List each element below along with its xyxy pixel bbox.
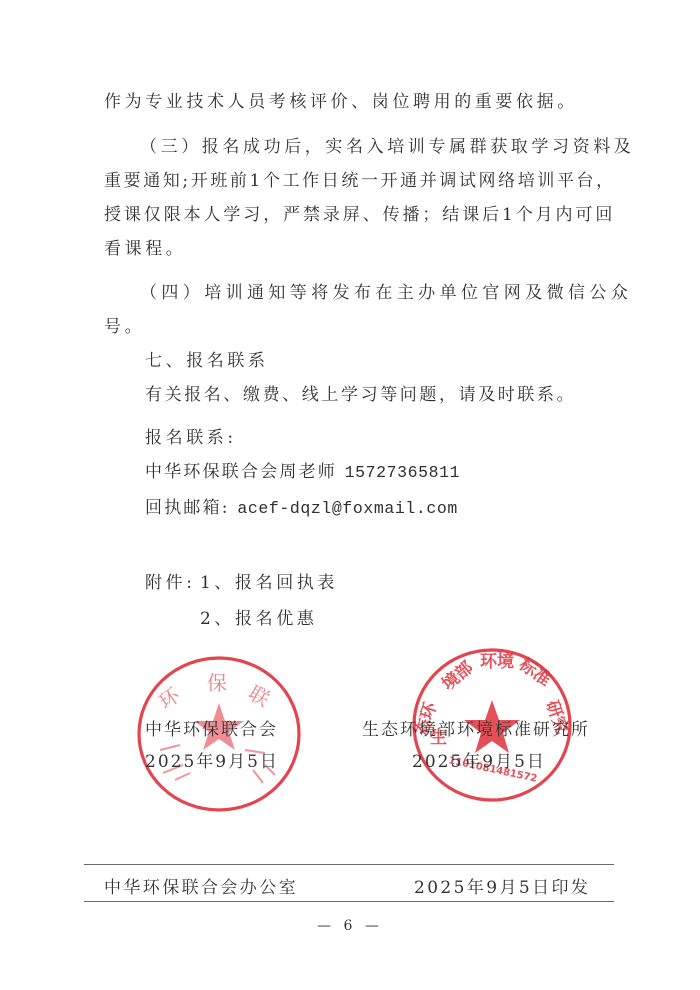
svg-text:保: 保 xyxy=(207,671,227,695)
paragraph-line: 重要通知;开班前1个工作日统一开通并调试网络培训平台， xyxy=(104,169,616,193)
footer-issuer: 中华环保联合会办公室 xyxy=(104,873,298,898)
svg-text:环: 环 xyxy=(154,682,185,714)
svg-text:境部: 境部 xyxy=(438,657,478,695)
svg-text:标准: 标准 xyxy=(514,653,555,690)
section-heading: 七、报名联系 xyxy=(145,349,269,373)
paragraph-line: （三）报名成功后，实名入培训专属群获取学习资料及 xyxy=(140,135,634,159)
contact-label: 报名联系: xyxy=(145,426,237,450)
svg-text:联: 联 xyxy=(245,681,274,712)
signature-org: 中华环保联合会 xyxy=(145,715,278,740)
paragraph-line: 授课仅限本人学习，严禁录屏、传播；结课后1个月内可回 xyxy=(104,203,615,227)
paragraph-line: （四）培训通知等将发布在主办单位官网及微信公众 xyxy=(140,281,632,305)
signature-date: 2025年9月5日 xyxy=(145,747,279,772)
footer-rule-top xyxy=(84,864,614,865)
email-address: acef-dqzl@foxmail.com xyxy=(237,499,458,518)
attachments-label: 附件: xyxy=(145,571,196,595)
contact-line: 中华环保联合会周老师 15727365811 xyxy=(145,460,460,485)
contact-intro: 有关报名、缴费、线上学习等问题，请及时联系。 xyxy=(145,383,576,407)
footer-rule-bottom xyxy=(84,901,614,902)
signature-date: 2025年9月5日 xyxy=(412,747,546,772)
paragraph-line: 看课程。 xyxy=(104,237,186,261)
page-number: — 6 — xyxy=(0,918,700,934)
email-line: 回执邮箱: acef-dqzl@foxmail.com xyxy=(145,496,458,521)
footer-issue-date: 2025年9月5日印发 xyxy=(414,873,590,898)
paragraph-line: 作为专业技术人员考核评价、岗位聘用的重要依据。 xyxy=(104,90,578,114)
attachment-item: 2、报名优惠 xyxy=(200,607,317,631)
svg-text:环境: 环境 xyxy=(480,651,514,672)
signature-org: 生态环境部环境标准研究所 xyxy=(362,715,590,740)
paragraph-line: 号。 xyxy=(104,315,145,339)
contact-phone: 15727365811 xyxy=(345,463,461,482)
email-label: 回执邮箱: xyxy=(145,498,230,518)
contact-person: 中华环保联合会周老师 xyxy=(145,462,337,482)
attachment-item: 1、报名回执表 xyxy=(200,571,338,595)
